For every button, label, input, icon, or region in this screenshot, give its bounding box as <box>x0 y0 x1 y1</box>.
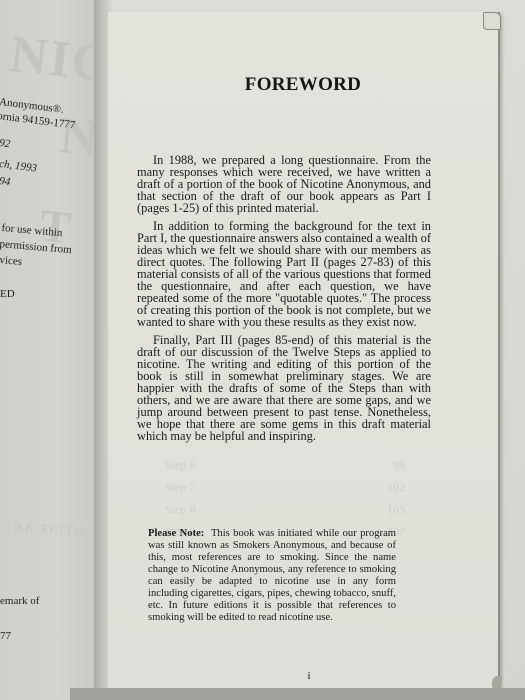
toc-page: 102 <box>387 480 405 502</box>
paragraph: In 1988, we prepared a long questionnair… <box>137 154 431 214</box>
left-page-line: ED <box>0 288 15 300</box>
toc-page: 99 <box>393 458 405 480</box>
table-surface <box>70 688 525 700</box>
foreword-page: FOREWORD Step 6 99 Step 7 102 Step 8 105… <box>108 12 500 688</box>
left-page-line: ch, 1993 <box>0 158 38 175</box>
left-page-line: 92 <box>0 137 11 150</box>
photo-scene: NIC NO T OTINE AN Anonymous®. ornia 9415… <box>0 0 525 700</box>
left-page-line: 94 <box>0 175 11 188</box>
paragraph: Finally, Part III (pages 85-end) of this… <box>137 334 431 442</box>
note-label: Please Note: <box>148 528 204 539</box>
toc-row: Step 8 105 <box>165 502 405 524</box>
left-page-line: emark of <box>0 595 39 607</box>
page-title: FOREWORD <box>108 74 498 96</box>
toc-row: Step 7 102 <box>165 480 405 502</box>
note-text: This book was initiated while our progra… <box>148 528 396 623</box>
toc-label: Step 8 <box>165 502 195 524</box>
left-page-line: vices <box>0 254 23 268</box>
page-number: i <box>108 670 498 682</box>
toc-page: 105 <box>387 502 405 524</box>
toc-row: Step 6 99 <box>165 458 405 480</box>
toc-label: Step 7 <box>165 480 195 502</box>
paragraph: In addition to forming the background fo… <box>137 220 431 328</box>
bleed-through-footer: OTINE AN <box>12 520 84 539</box>
left-page: NIC NO T OTINE AN Anonymous®. ornia 9415… <box>0 0 106 700</box>
please-note: Please Note: This book was initiated whi… <box>148 528 396 624</box>
bleed-through-text: NIC <box>7 25 106 94</box>
left-page-line: 77 <box>0 630 11 642</box>
foreword-body: In 1988, we prepared a long questionnair… <box>137 154 431 448</box>
page-corner-fold <box>483 12 501 30</box>
toc-label: Step 6 <box>165 458 195 480</box>
